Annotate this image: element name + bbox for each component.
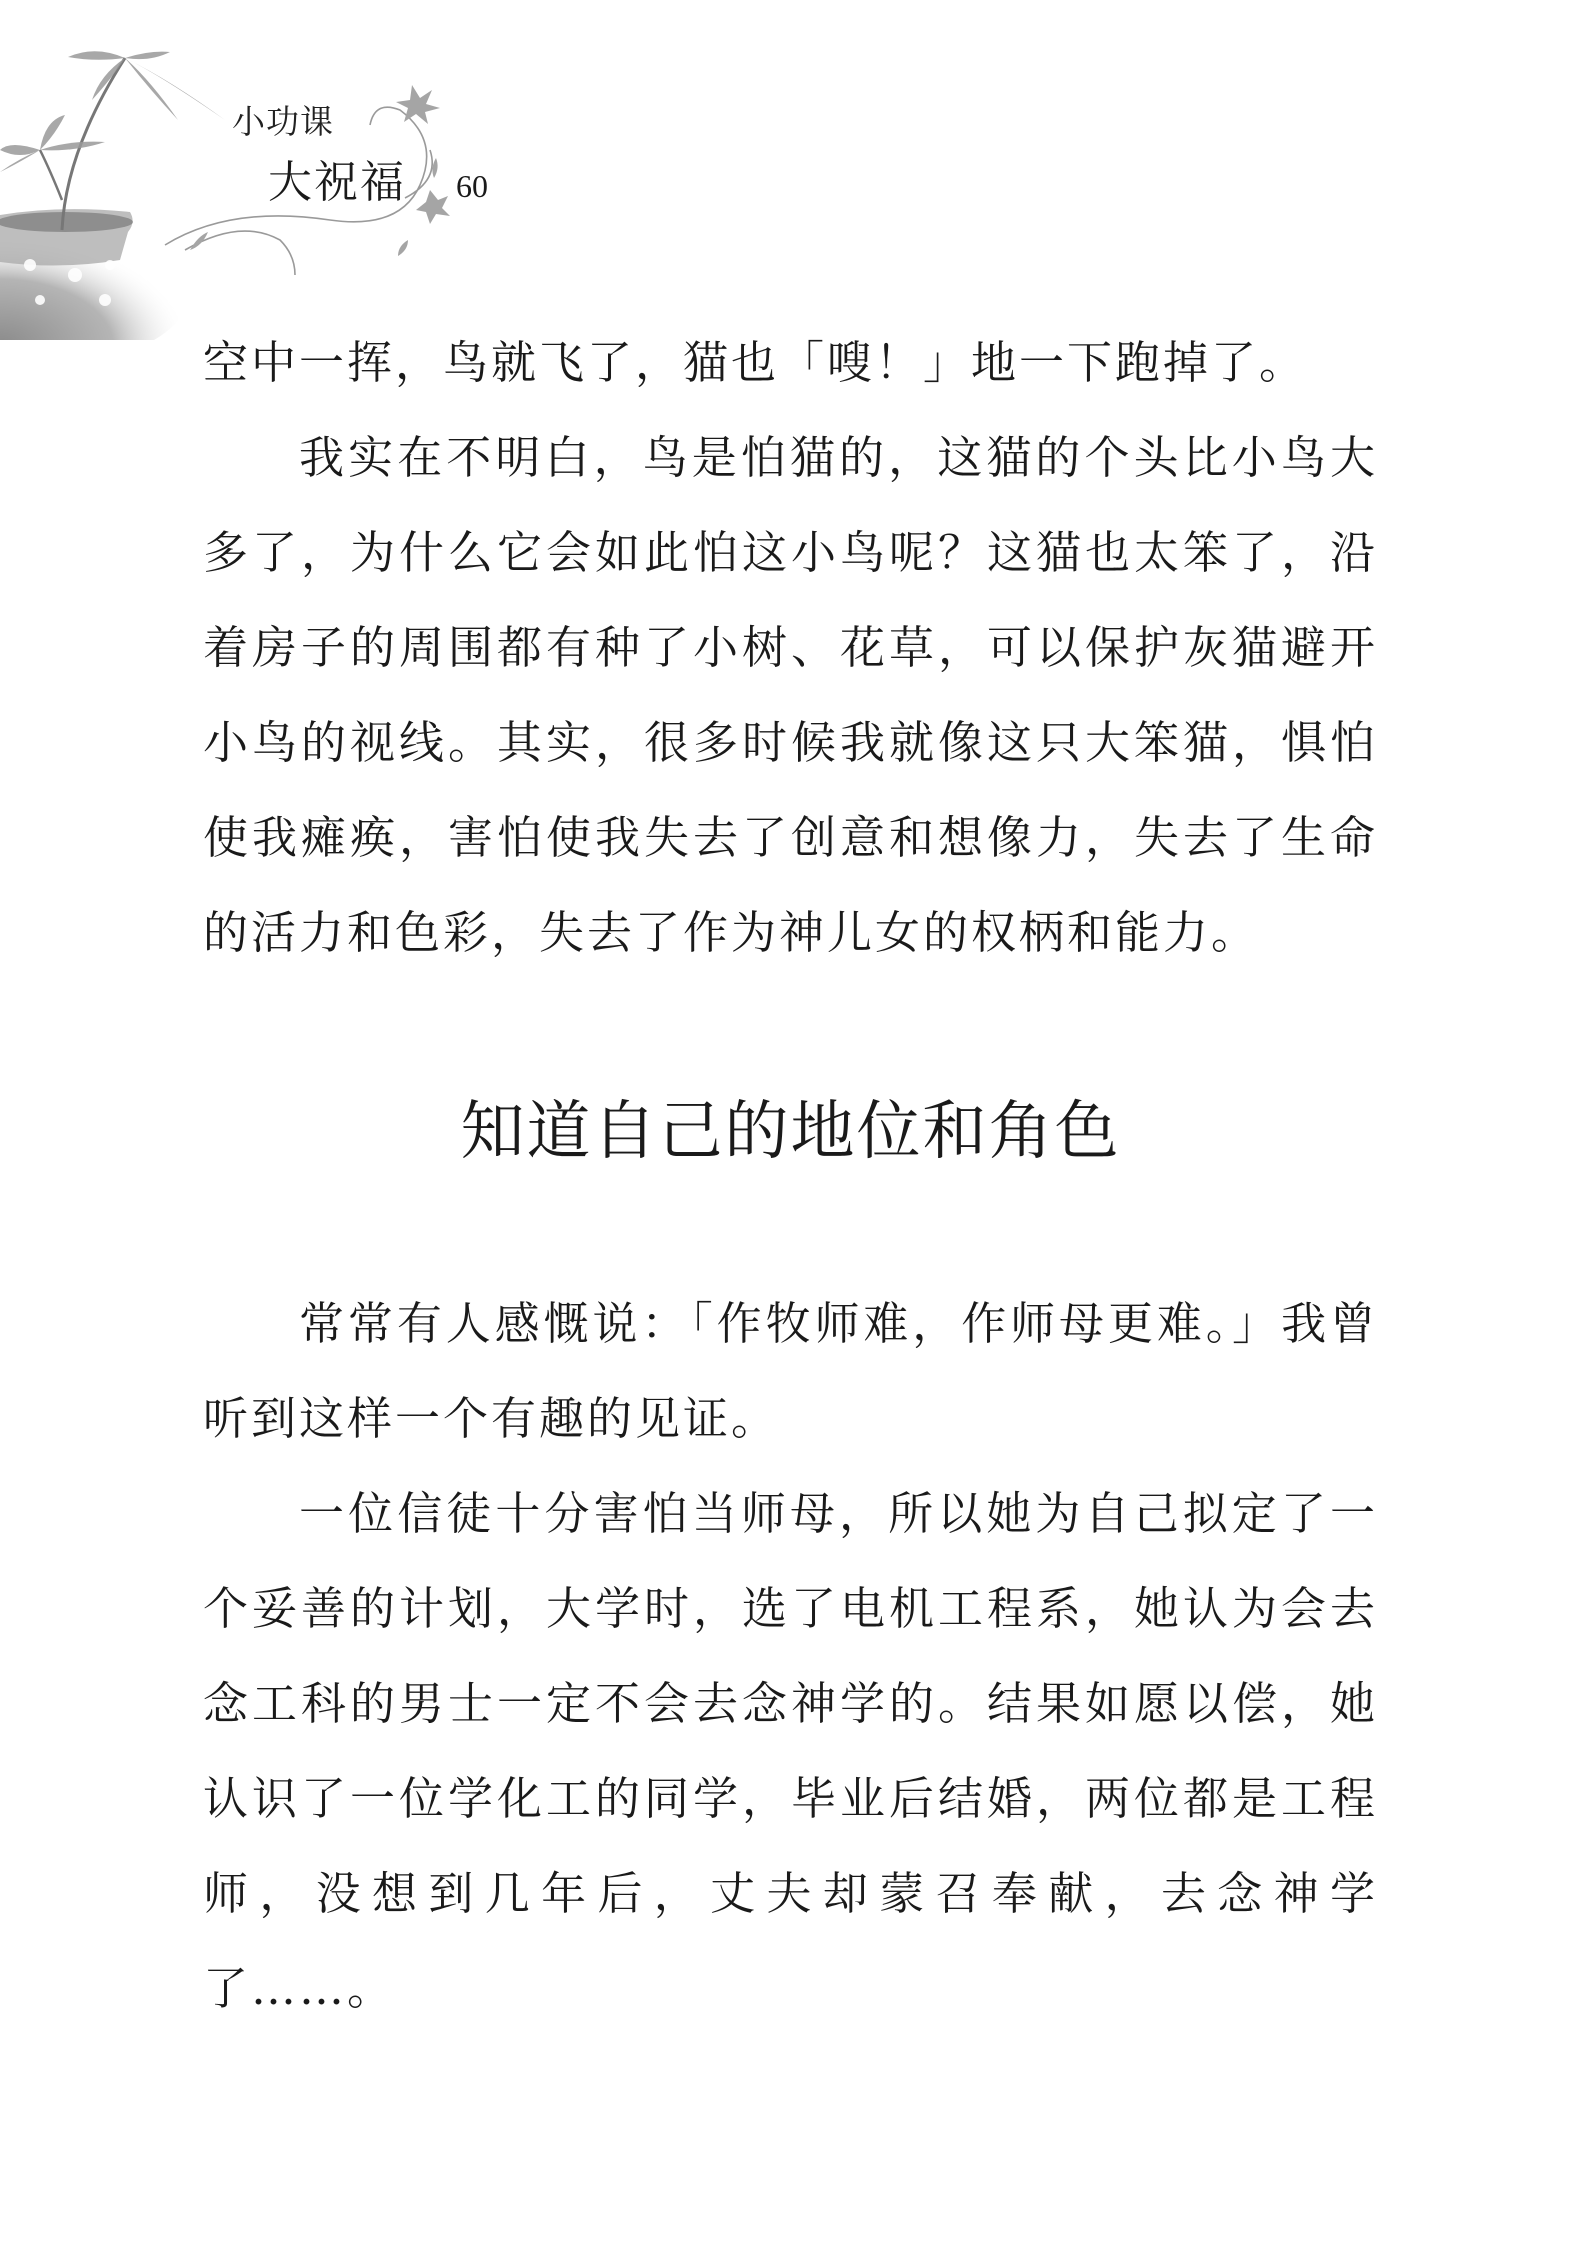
paragraph-pastor-wife-saying: 常常有人感慨说：「作牧师难，作师母更难。」我曾听到这样一个有趣的见证。 [203, 1276, 1378, 1466]
paragraph-testimony: 一位信徒十分害怕当师母，所以她为自己拟定了一个妥善的计划，大学时，选了电机工程系… [203, 1466, 1378, 2036]
section-title: 知道自己的地位和角色 [203, 1088, 1378, 1176]
paragraph-cat-fear: 我实在不明白，鸟是怕猫的，这猫的个头比小鸟大多了，为什么它会如此怕这小鸟呢？这猫… [203, 410, 1378, 980]
page-body: 空中一挥，鸟就飞了，猫也「嗖！」地一下跑掉了。 我实在不明白，鸟是怕猫的，这猫的… [203, 315, 1378, 2036]
page-number: 60 [456, 168, 488, 205]
series-title-line2: 大祝福 [268, 146, 406, 210]
series-title-line1: 小功课 [232, 96, 334, 143]
paragraph-continuation: 空中一挥，鸟就飞了，猫也「嗖！」地一下跑掉了。 [203, 315, 1378, 410]
page-header: 小功课 大祝福 60 [0, 0, 600, 340]
